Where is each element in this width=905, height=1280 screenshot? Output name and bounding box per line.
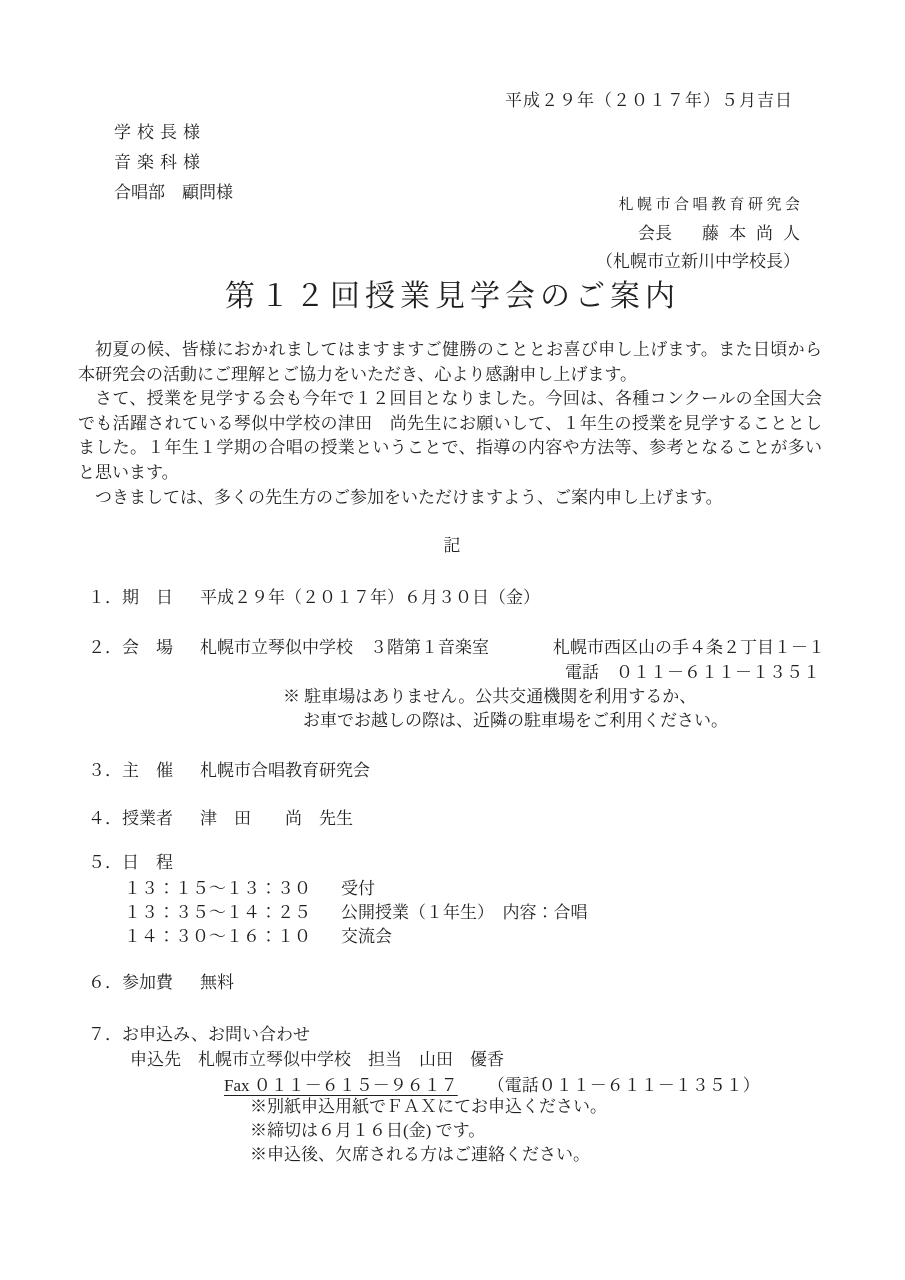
application-note-fax: ※別紙申込用紙でＦＡＸにてお申込ください。 <box>250 1095 607 1119</box>
item-application-label: ７．お申込み、お問い合わせ <box>88 1020 310 1045</box>
application-notes: ※別紙申込用紙でＦＡＸにてお申込ください。 ※締切は６月１６日(金) です。 ※… <box>250 1095 607 1167</box>
item-venue-label: ２．会 場 <box>88 633 173 658</box>
intro-paragraph: さて、授業を見学する会も今年で１２回目となりました。今回は、各種コンクールの全国… <box>78 387 822 485</box>
body-text: 初夏の候、皆様におかれましてはますますご健勝のこととお喜び申し上げます。また日頃… <box>78 338 822 510</box>
document-page: 平成２９年（２０１７年）５月吉日 学校長様 音楽科様 合唱部 顧問様 札幌市合唱… <box>0 0 905 1280</box>
schedule-time: １３：１５～１３：３０ <box>124 879 311 898</box>
sender-organization: 札幌市合唱教育研究会 <box>596 190 800 220</box>
parking-note-line-1: ※ 駐車場はありません。公共交通機関を利用するか、 <box>283 682 696 707</box>
item-organizer: ３．主 催 札幌市合唱教育研究会 <box>88 756 370 781</box>
fax-line: Fax ０１１－６１５－９６１７（電話０１１－６１１－１３５１） <box>224 1071 760 1096</box>
sender-block: 札幌市合唱教育研究会 会長藤本尚人 （札幌市立新川中学校長） <box>596 190 800 277</box>
addressee-line-choir-advisor: 合唱部 顧問様 <box>114 178 233 208</box>
fax-phone: （電話０１１－６１１－１３５１） <box>488 1076 760 1095</box>
item-date-label: １．期 日 <box>88 583 173 608</box>
item-organizer-label: ３．主 催 <box>88 756 173 781</box>
addressee-line-music-dept: 音楽科様 <box>114 148 233 178</box>
item-venue-value: 札幌市立琴似中学校 ３階第１音楽室 <box>200 633 489 658</box>
item-fee-value: 無料 <box>200 968 234 993</box>
addressee-line-principal: 学校長様 <box>114 118 233 148</box>
ki-marker: 記 <box>0 531 905 556</box>
sender-president-line: 会長藤本尚人 <box>596 220 800 249</box>
item-instructor: ４．授業者 津 田 尚 先生 <box>88 804 353 829</box>
schedule-activity: 交流会 <box>341 927 392 946</box>
item-instructor-value: 津 田 尚 先生 <box>200 804 353 829</box>
item-organizer-value: 札幌市合唱教育研究会 <box>200 756 370 781</box>
closing-paragraph: つきましては、多くの先生方のご参加をいただけますよう、ご案内申し上げます。 <box>78 486 822 511</box>
sender-name: 藤本尚人 <box>702 220 810 249</box>
date-line: 平成２９年（２０１７年）５月吉日 <box>505 86 793 111</box>
schedule-time: １３：３５～１４：２５ <box>124 903 311 922</box>
item-application: ７．お申込み、お問い合わせ <box>88 1020 310 1045</box>
schedule-activity: 受付 <box>341 879 375 898</box>
application-note-cancel: ※申込後、欠席される方はご連絡ください。 <box>250 1143 607 1167</box>
fax-number: Fax ０１１－６１５－９６１７ <box>224 1076 458 1095</box>
page-title: 第１２回授業見学会のご案内 <box>0 271 905 315</box>
application-recipient: 申込先 札幌市立琴似中学校 担当 山田 優香 <box>130 1045 504 1070</box>
venue-phone: 電話 ０１１－６１１－１３５１ <box>565 658 820 683</box>
item-date-value: 平成２９年（２０１７年）６月３０日（金） <box>200 583 540 608</box>
item-schedule: ５．日 程 <box>88 848 173 873</box>
item-instructor-label: ４．授業者 <box>88 804 173 829</box>
application-note-deadline: ※締切は６月１６日(金) です。 <box>250 1119 607 1143</box>
parking-note-line-2: お車でお越しの際は、近隣の駐車場をご利用ください。 <box>303 706 728 731</box>
item-fee: ６．参加費 無料 <box>88 968 234 993</box>
greeting-paragraph: 初夏の候、皆様におかれましてはますますご健勝のこととお喜び申し上げます。また日頃… <box>78 338 822 387</box>
addressee-block: 学校長様 音楽科様 合唱部 顧問様 <box>114 118 233 208</box>
item-fee-label: ６．参加費 <box>88 968 173 993</box>
schedule-activity: 公開授業（１年生） 内容：合唱 <box>341 903 588 922</box>
sender-role: 会長 <box>638 224 672 243</box>
schedule-row: １３：３５～１４：２５公開授業（１年生） 内容：合唱 <box>124 901 588 925</box>
item-schedule-label: ５．日 程 <box>88 848 173 873</box>
item-venue: ２．会 場 札幌市立琴似中学校 ３階第１音楽室 札幌市西区山の手４条２丁目１－１ <box>88 633 825 658</box>
sender-organization-text: 札幌市合唱教育研究会 <box>618 191 803 220</box>
schedule-time: １４：３０～１６：１０ <box>124 927 311 946</box>
schedule-row: １３：１５～１３：３０受付 <box>124 877 588 901</box>
schedule-row: １４：３０～１６：１０交流会 <box>124 925 588 949</box>
venue-address: 札幌市西区山の手４条２丁目１－１ <box>553 633 825 658</box>
schedule-list: １３：１５～１３：３０受付 １３：３５～１４：２５公開授業（１年生） 内容：合唱… <box>124 877 588 949</box>
item-date: １．期 日 平成２９年（２０１７年）６月３０日（金） <box>88 583 540 608</box>
